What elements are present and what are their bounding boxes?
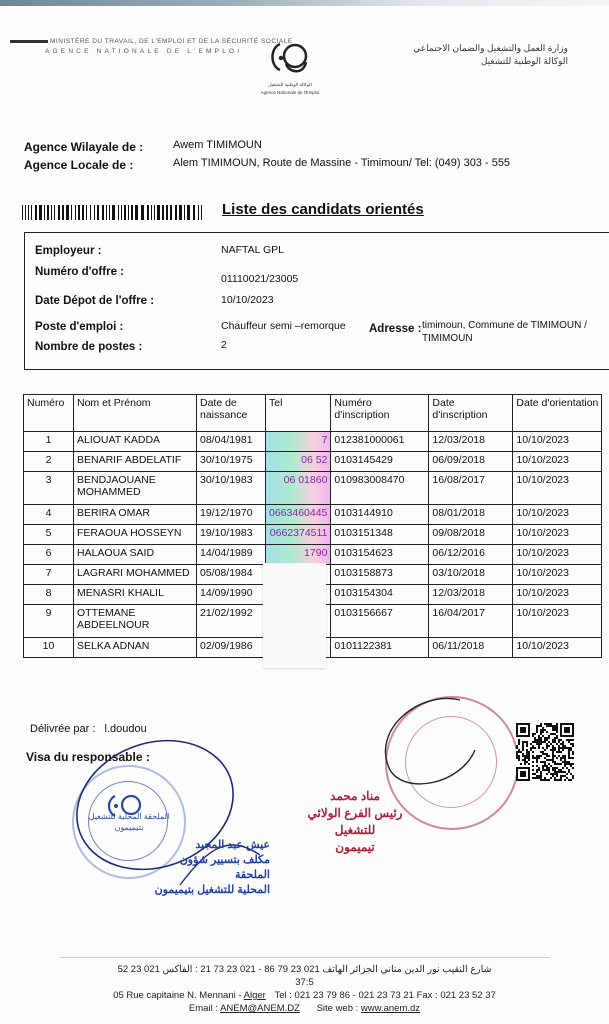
cell-orientation-date: 10/10/2023 [513,452,602,472]
cell-numero: 1 [24,432,74,452]
footer-site-label: Site web : [317,1003,361,1014]
delivered-by: Délivrée par : l.doudou [30,723,147,735]
wilayale-label: Agence Wilayale de : [24,140,143,154]
col-inscription-num: Numéro d'inscription [331,395,429,432]
cell-tel: 0662374511 [266,525,331,545]
cell-nom: BENARIF ABDELATIF [74,452,197,472]
cell-orientation-date: 10/10/2023 [513,432,602,452]
cell-nom-text: ALIOUAT KADDA [77,434,160,446]
cell-inscription-num: 010983008470 [331,472,429,505]
redaction-blur [266,432,330,451]
cell-inscription-date-text: 12/03/2018 [432,587,485,599]
blue-sig-name: عيش عبد المجيد [150,838,270,853]
cell-tel: 06 52 [266,452,331,472]
cell-inscription-num: 012381000061 [331,432,429,452]
numero-offre-label: Numéro d'offre : [35,266,124,278]
cell-naissance-text: 05/08/1984 [200,567,253,579]
cell-orientation-date: 10/10/2023 [513,472,602,505]
header-left: MINISTÈRE DU TRAVAIL, DE L'EMPLOI ET DE … [10,38,293,55]
footer-email-label: Email : [189,1003,220,1014]
cell-inscription-date-text: 06/12/2016 [432,547,485,559]
cell-naissance-text: 30/10/1983 [200,474,253,486]
cell-numero: 9 [24,605,74,638]
locale-value: Alem TIMIMOUN, Route de Massine - Timimo… [173,157,510,169]
cell-tel: 0663460445 [266,505,331,525]
cell-naissance-text: 14/04/1989 [200,547,253,559]
poste-label: Poste d'emploi : [35,321,123,333]
cell-tel-text: 06 01860 [284,474,328,486]
anem-logo-icon [268,36,312,80]
cell-inscription-num-text: 0101122381 [334,640,392,652]
cell-inscription-num-text: 0103145429 [334,454,392,466]
cell-inscription-num-text: 012381000061 [334,434,404,446]
blue-sig-place: المحلية للتشغيل بتيميمون [150,883,270,898]
cell-nom: MENASRI KHALIL [74,585,197,605]
cell-inscription-date: 12/03/2018 [429,585,513,605]
cell-numero: 10 [24,638,74,658]
cell-inscription-date-text: 16/04/2017 [432,607,485,619]
footer-divider [60,957,550,958]
red-sig-title: رئيس الفرع الولائي للتشغيل [290,805,420,839]
cell-orientation-date-text: 10/10/2023 [516,640,569,652]
cell-orientation-date-text: 10/10/2023 [516,567,569,579]
col-numero: Numéro [24,395,74,432]
delivree-label: Délivrée par : [30,723,95,735]
ministry-fr: MINISTÈRE DU TRAVAIL, DE L'EMPLOI ET DE … [50,38,293,45]
cell-naissance: 19/10/1983 [197,525,266,545]
cell-inscription-date-text: 06/09/2018 [432,454,485,466]
cell-orientation-date: 10/10/2023 [513,585,602,605]
cell-numero-text: 4 [46,507,52,519]
cell-naissance: 05/08/1984 [197,565,266,585]
cell-numero-text: 6 [46,547,52,559]
cell-tel-text: 7 [322,434,328,446]
offer-details: Employeur : NAFTAL GPL Numéro d'offre : … [24,232,609,370]
cell-nom: BERIRA OMAR [74,505,197,525]
cell-orientation-date-text: 10/10/2023 [516,607,569,619]
footer-contact: Email : ANEM@ANEM.DZ Site web : www.anem… [0,1002,609,1015]
cell-nom-text: MENASRI KHALIL [77,587,164,599]
footer-city: Alger [244,990,266,1001]
cell-nom-text: BERIRA OMAR [77,507,150,519]
cell-tel-text: 0662374511 [270,527,328,539]
cell-nom: ALIOUAT KADDA [74,432,197,452]
footer-address-prefix: 05 Rue capitaine N. Mennani - [113,990,243,1001]
cell-nom-text: BENDJAOUANE MOHAMMED [77,474,156,498]
barcode-icon [22,205,204,220]
cell-naissance-text: 19/12/1970 [200,507,253,519]
cell-inscription-date: 09/08/2018 [429,525,513,545]
cell-orientation-date-text: 10/10/2023 [516,434,569,446]
cell-inscription-date-text: 08/01/2018 [432,507,485,519]
cell-inscription-date: 06/11/2018 [429,638,513,658]
employeur-label: Employeur : [35,245,101,257]
cell-naissance-text: 02/09/1986 [200,640,253,652]
cell-orientation-date: 10/10/2023 [513,638,602,658]
col-inscription-date: Date d'inscription [429,395,513,432]
table-header-row: Numéro Nom et Prénom Date de naissance T… [24,395,602,432]
signature-scribble-red [360,690,480,800]
cell-inscription-num: 0101122381 [331,638,429,658]
nombre-postes-value: 2 [221,339,227,351]
cell-inscription-num-text: 0103158873 [334,567,392,579]
table-row: 6HALAOUA SAID14/04/19891790010315462306/… [24,545,602,565]
cell-inscription-num: 0103154304 [331,585,429,605]
adresse-value-line2: TIMIMOUN [422,333,473,344]
header-right: وزارة العمل والتشغيل والضمان الاجتماعي ا… [358,42,568,68]
cell-orientation-date-text: 10/10/2023 [516,547,569,559]
cell-nom: OTTEMANE ABDEELNOUR [74,605,197,638]
adresse-label: Adresse : [369,323,421,335]
scan-edge [0,0,609,6]
cell-inscription-date: 08/01/2018 [429,505,513,525]
footer-email-link[interactable]: ANEM@ANEM.DZ [220,1003,300,1014]
table-row: 2BENARIF ABDELATIF30/10/197506 520103145… [24,452,602,472]
cell-inscription-date: 12/03/2018 [429,432,513,452]
cell-naissance: 30/10/1983 [197,472,266,505]
cell-orientation-date: 10/10/2023 [513,545,602,565]
footer-arabic: شارع النقيب نور الدين مناني الجزائر الها… [0,963,609,976]
numero-offre-value: 01110021/23005 [221,273,298,285]
header-rule [10,40,48,43]
cell-orientation-date: 10/10/2023 [513,505,602,525]
poste-value: Chauffeur semi –remorque [221,320,346,332]
logo-caption-fr: Agence Nationale de l'Emploi [258,90,322,96]
cell-orientation-date-text: 10/10/2023 [516,587,569,599]
red-signature-block: مناد محمد رئيس الفرع الولائي للتشغيل تيم… [290,788,420,856]
cell-naissance: 21/02/1992 [197,605,266,638]
table-row: 5FERAOUA HOSSEYN19/10/198306623745110103… [24,525,602,545]
cell-inscription-num: 0103145429 [331,452,429,472]
cell-numero: 7 [24,565,74,585]
cell-inscription-date: 06/09/2018 [429,452,513,472]
cell-numero-text: 2 [46,454,52,466]
cell-numero: 4 [24,505,74,525]
employeur-value: NAFTAL GPL [221,244,284,256]
col-orientation-date: Date d'orientation [513,395,602,432]
cell-numero: 6 [24,545,74,565]
footer-site-link[interactable]: www.anem.dz [361,1003,420,1014]
cell-inscription-date: 16/08/2017 [429,472,513,505]
ministry-ar: وزارة العمل والتشغيل والضمان الاجتماعي [358,42,568,55]
anem-logo: الوكالة الوطنية للتشغيل Agence Nationale… [258,36,322,108]
cell-inscription-num-text: 0103144910 [334,507,392,519]
cell-inscription-num-text: 010983008470 [334,474,404,486]
cell-tel-text: 1790 [304,547,327,559]
cell-numero: 8 [24,585,74,605]
table-row: 1ALIOUAT KADDA08/04/1981701238100006112/… [24,432,602,452]
cell-nom-text: BENARIF ABDELATIF [77,454,181,466]
date-depot-value: 10/10/2023 [221,294,274,306]
cell-inscription-num: 0103144910 [331,505,429,525]
cell-orientation-date-text: 10/10/2023 [516,454,569,466]
cell-naissance: 02/09/1986 [197,638,266,658]
wilayale-value: Awem TIMIMOUN [173,139,262,151]
cell-numero-text: 3 [46,474,52,486]
cell-naissance: 14/04/1989 [197,545,266,565]
cell-numero-text: 8 [46,587,52,599]
cell-naissance: 19/12/1970 [197,505,266,525]
cell-inscription-num: 0103151348 [331,525,429,545]
cell-inscription-num: 0103158873 [331,565,429,585]
cell-nom: HALAOUA SAID [74,545,197,565]
cell-orientation-date: 10/10/2023 [513,565,602,585]
cell-nom-text: LAGRARI MOHAMMED [77,567,190,579]
cell-naissance-text: 21/02/1992 [200,607,253,619]
cell-numero-text: 7 [46,567,52,579]
cell-inscription-num: 0103154623 [331,545,429,565]
cell-naissance-text: 08/04/1981 [200,434,253,446]
cell-inscription-date-text: 16/08/2017 [432,474,485,486]
cell-inscription-date-text: 12/03/2018 [432,434,485,446]
agency-fr: AGENCE NATIONALE DE L'EMPLOI [45,48,293,55]
agency-ar: الوكالة الوطنية للتشغيل [358,55,568,68]
cell-inscription-date-text: 06/11/2018 [432,640,484,652]
table-row: 3BENDJAOUANE MOHAMMED30/10/198306 018600… [24,472,602,505]
cell-inscription-num-text: 0103154623 [334,547,392,559]
footer-phone: Tel : 021 23 79 86 - 021 23 73 21 Fax : … [274,990,495,1001]
adresse-value-line1: timimoun, Commune de TIMIMOUN / [422,320,587,331]
cell-naissance-text: 30/10/1975 [200,454,253,466]
cell-numero: 3 [24,472,74,505]
cell-naissance-text: 14/09/1990 [200,587,253,599]
col-nom: Nom et Prénom [74,395,197,432]
cell-naissance: 08/04/1981 [197,432,266,452]
red-sig-name: مناد محمد [290,788,420,805]
cell-numero-text: 5 [46,527,52,539]
cell-inscription-num-text: 0103151348 [334,527,392,539]
cell-numero: 2 [24,452,74,472]
cell-nom-text: HALAOUA SAID [77,547,154,559]
cell-inscription-date: 03/10/2018 [429,565,513,585]
cell-nom: FERAOUA HOSSEYN [74,525,197,545]
cell-orientation-date-text: 10/10/2023 [516,527,569,539]
qr-code-icon[interactable] [516,723,574,781]
cell-nom-text: OTTEMANE ABDEELNOUR [77,607,149,631]
cell-inscription-date-text: 09/08/2018 [432,527,485,539]
blue-sig-title: مكلف بتسيير شؤون الملحقة [150,853,270,883]
cell-nom: SELKA ADNAN [74,638,197,658]
table-row: 4BERIRA OMAR19/12/1970066346044501031449… [24,505,602,525]
cell-orientation-date: 10/10/2023 [513,605,602,638]
date-depot-label: Date Dépot de l'offre : [35,295,154,307]
locale-label: Agence Locale de : [24,158,133,172]
footer-address: 05 Rue capitaine N. Mennani - Alger Tel … [0,989,609,1002]
page-title: Liste des candidats orientés [222,201,424,218]
footer-arabic-2: 37:5 [0,976,609,989]
cell-numero: 5 [24,525,74,545]
cell-inscription-num-text: 0103154304 [334,587,392,599]
cell-inscription-num-text: 0103156667 [334,607,392,619]
cell-inscription-num: 0103156667 [331,605,429,638]
cell-tel-text: 0663460445 [269,507,327,519]
cell-naissance: 30/10/1975 [197,452,266,472]
cell-nom-text: FERAOUA HOSSEYN [77,527,181,539]
cell-tel: 06 01860 [266,472,331,505]
cell-inscription-date: 16/04/2017 [429,605,513,638]
blue-signature-block: عيش عبد المجيد مكلف بتسيير شؤون الملحقة … [150,838,270,898]
cell-tel-text: 06 52 [301,454,327,466]
cell-naissance-text: 19/10/1983 [200,527,253,539]
col-tel: Tel [266,395,331,432]
cell-nom: BENDJAOUANE MOHAMMED [74,472,197,505]
footer: شارع النقيب نور الدين مناني الجزائر الها… [0,963,609,1015]
cell-nom-text: SELKA ADNAN [77,640,149,652]
red-sig-place: تيميمون [290,839,420,856]
cell-tel: 1790 [266,545,331,565]
redaction-patch [263,563,326,668]
col-naissance: Date de naissance [197,395,266,432]
cell-numero-text: 9 [46,607,52,619]
cell-naissance: 14/09/1990 [197,585,266,605]
cell-nom: LAGRARI MOHAMMED [74,565,197,585]
delivree-value: l.doudou [104,723,146,735]
cell-inscription-date-text: 03/10/2018 [432,567,485,579]
cell-inscription-date: 06/12/2016 [429,545,513,565]
cell-orientation-date-text: 10/10/2023 [516,507,569,519]
cell-numero-text: 10 [43,640,55,652]
cell-tel: 7 [266,432,331,452]
nombre-postes-label: Nombre de postes : [35,341,142,353]
logo-caption-ar: الوكالة الوطنية للتشغيل [258,82,322,88]
cell-orientation-date-text: 10/10/2023 [516,474,569,486]
cell-numero-text: 1 [46,434,52,446]
cell-orientation-date: 10/10/2023 [513,525,602,545]
